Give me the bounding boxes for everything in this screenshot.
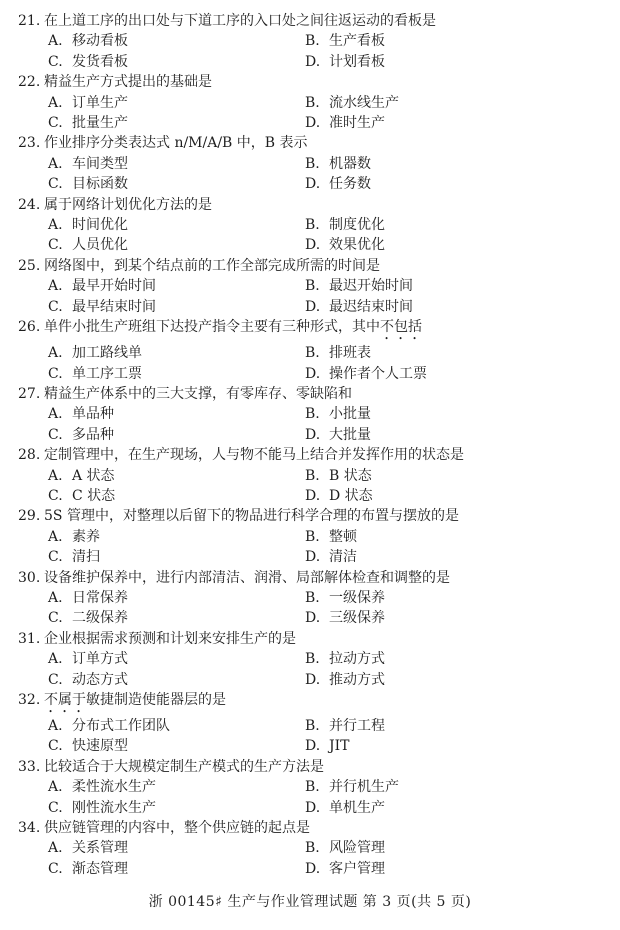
option-text: JIT [329,738,349,754]
option-text: B 状态 [329,468,372,484]
option-text: 批量生产 [72,115,128,131]
question-text: 企业根据需求预测和计划来安排生产的是 [44,631,296,647]
question-title-line: 27.精益生产体系中的三大支撑，有零库存、零缺陷和 [0,384,620,404]
option-row: A.分布式工作团队B.并行工程 [0,716,620,736]
question-text: 5S 管理中，对整理以后留下的物品进行科学合理的布置与摆放的是 [44,508,459,524]
option-b: B.流水线生产 [305,93,399,113]
option-text: 操作者个人工票 [329,366,427,382]
option-label: B. [305,588,329,608]
option-a: A.单品种 [48,404,305,424]
option-row: C.批量生产D.准时生产 [0,113,620,133]
option-label: A. [48,215,72,235]
option-d: D.大批量 [305,425,371,445]
option-text: 一级保养 [329,590,385,606]
option-label: C. [48,174,72,194]
option-text: 单品种 [72,406,114,422]
option-d: D.单机生产 [305,798,385,818]
option-row: A.车间类型B.机器数 [0,154,620,174]
option-label: D. [305,670,329,690]
option-text: 动态方式 [72,672,128,688]
option-row: A.订单生产B.流水线生产 [0,93,620,113]
option-text: 二级保养 [72,610,128,626]
option-label: C. [48,52,72,72]
option-label: B. [305,649,329,669]
option-text: 排班表 [329,345,371,361]
option-a: A.日常保养 [48,588,305,608]
option-row: A.移动看板B.生产看板 [0,31,620,51]
option-label: C. [48,297,72,317]
option-label: A. [48,154,72,174]
option-d: D.D 状态 [305,486,373,506]
option-d: D.最迟结束时间 [305,297,413,317]
question-title-line: 34.供应链管理的内容中，整个供应链的起点是 [0,818,620,838]
option-text: 时间优化 [72,217,128,233]
option-text: 车间类型 [72,156,128,172]
option-text: 效果优化 [329,237,385,253]
question-item: 34.供应链管理的内容中，整个供应链的起点是A.关系管理B.风险管理C.渐态管理… [0,818,620,879]
option-b: B.并行工程 [305,716,385,736]
question-number: 30. [18,568,44,588]
question-item: 28.定制管理中，在生产现场，人与物不能马上结合并发挥作用的状态是A.A 状态B… [0,445,620,506]
option-label: C. [48,608,72,628]
option-label: C. [48,736,72,756]
option-row: C.发货看板D.计划看板 [0,52,620,72]
option-d: D.效果优化 [305,235,385,255]
option-a: A.订单方式 [48,649,305,669]
question-text: 比较适合于大规模定制生产模式的生产方法是 [44,759,324,775]
option-text: 并行机生产 [329,779,399,795]
option-text: 生产看板 [329,33,385,49]
question-item: 25.网络图中，到某个结点前的工作全部完成所需的时间是A.最早开始时间B.最迟开… [0,256,620,317]
option-text: 清扫 [72,549,100,565]
option-text: 移动看板 [72,33,128,49]
option-row: A.A 状态B.B 状态 [0,466,620,486]
option-label: C. [48,113,72,133]
question-number: 27. [18,384,44,404]
question-item: 22.精益生产方式提出的基础是A.订单生产B.流水线生产C.批量生产D.准时生产 [0,72,620,133]
question-text: 供应链管理的内容中，整个供应链的起点是 [44,820,310,836]
option-b: B.制度优化 [305,215,385,235]
option-d: D.推动方式 [305,670,385,690]
emphasized-text: 不属于 [44,692,86,708]
option-label: B. [305,777,329,797]
option-row: C.多品种D.大批量 [0,425,620,445]
question-item: 29.5S 管理中，对整理以后留下的物品进行科学合理的布置与摆放的是A.素养B.… [0,506,620,567]
question-item: 27.精益生产体系中的三大支撑，有零库存、零缺陷和A.单品种B.小批量C.多品种… [0,384,620,445]
question-text: 单件小批生产班组下达投产指令主要有三种形式，其中不包括 [44,319,422,335]
question-number: 23. [18,133,44,153]
question-title-line: 31.企业根据需求预测和计划来安排生产的是 [0,629,620,649]
option-text: 流水线生产 [329,95,399,111]
question-title-line: 30.设备维护保养中，进行内部清洁、润滑、局部解体检查和调整的是 [0,568,620,588]
option-label: D. [305,486,329,506]
option-label: D. [305,174,329,194]
question-title-line: 21.在上道工序的出口处与下道工序的入口处之间往返运动的看板是 [0,11,620,31]
option-row: A.素养B.整顿 [0,527,620,547]
option-b: B.整顿 [305,527,357,547]
option-text: 任务数 [329,176,371,192]
option-c: C.C 状态 [48,486,305,506]
option-label: A. [48,716,72,736]
emphasized-text: 不包括 [380,319,422,335]
question-number: 29. [18,506,44,526]
option-b: B.机器数 [305,154,371,174]
option-row: C.动态方式D.推动方式 [0,670,620,690]
option-c: C.快速原型 [48,736,305,756]
option-row: C.二级保养D.三级保养 [0,608,620,628]
option-a: A.素养 [48,527,305,547]
question-number: 28. [18,445,44,465]
option-label: A. [48,649,72,669]
option-row: C.清扫D.清洁 [0,547,620,567]
option-b: B.最迟开始时间 [305,276,413,296]
option-label: D. [305,859,329,879]
option-label: A. [48,588,72,608]
option-label: B. [305,215,329,235]
option-label: A. [48,93,72,113]
option-c: C.发货看板 [48,52,305,72]
option-row: A.日常保养B.一级保养 [0,588,620,608]
option-a: A.关系管理 [48,838,305,858]
option-row: C.C 状态D.D 状态 [0,486,620,506]
question-number: 22. [18,72,44,92]
option-label: B. [305,466,329,486]
option-text: 客户管理 [329,861,385,877]
option-label: D. [305,52,329,72]
option-d: D.三级保养 [305,608,385,628]
question-number: 25. [18,256,44,276]
option-text: 订单方式 [72,651,128,667]
option-row: C.刚性流水生产D.单机生产 [0,798,620,818]
option-row: C.最早结束时间D.最迟结束时间 [0,297,620,317]
option-label: D. [305,113,329,133]
option-a: A.分布式工作团队 [48,716,305,736]
option-label: A. [48,404,72,424]
option-text: 加工路线单 [72,345,142,361]
option-label: A. [48,527,72,547]
question-title-line: 25.网络图中，到某个结点前的工作全部完成所需的时间是 [0,256,620,276]
option-label: D. [305,798,329,818]
option-text: 渐态管理 [72,861,128,877]
question-number: 33. [18,757,44,777]
question-title-line: 22.精益生产方式提出的基础是 [0,72,620,92]
option-text: 风险管理 [329,840,385,856]
option-row: C.人员优化D.效果优化 [0,235,620,255]
option-text: 目标函数 [72,176,128,192]
option-a: A.车间类型 [48,154,305,174]
option-b: B.排班表 [305,343,371,363]
option-d: D.清洁 [305,547,357,567]
option-c: C.单工序工票 [48,364,305,384]
option-text: 分布式工作团队 [72,718,170,734]
option-label: C. [48,547,72,567]
option-row: C.单工序工票D.操作者个人工票 [0,364,620,384]
question-text: 精益生产方式提出的基础是 [44,74,212,90]
option-label: B. [305,716,329,736]
question-title-line: 24.属于网络计划优化方法的是 [0,195,620,215]
question-item: 30.设备维护保养中，进行内部清洁、润滑、局部解体检查和调整的是A.日常保养B.… [0,568,620,629]
option-text: 订单生产 [72,95,128,111]
option-label: B. [305,343,329,363]
question-item: 33.比较适合于大规模定制生产模式的生产方法是A.柔性流水生产B.并行机生产C.… [0,757,620,818]
option-b: B.B 状态 [305,466,372,486]
question-title-line: 28.定制管理中，在生产现场，人与物不能马上结合并发挥作用的状态是 [0,445,620,465]
option-label: B. [305,838,329,858]
option-label: C. [48,859,72,879]
question-item: 26.单件小批生产班组下达投产指令主要有三种形式，其中不包括A.加工路线单B.排… [0,317,620,384]
question-title-line: 32.不属于敏捷制造使能器层的是 [0,690,620,716]
option-label: A. [48,276,72,296]
option-a: A.移动看板 [48,31,305,51]
question-text: 在上道工序的出口处与下道工序的入口处之间往返运动的看板是 [44,13,436,29]
option-label: B. [305,276,329,296]
option-text: 关系管理 [72,840,128,856]
question-number: 32. [18,690,44,710]
question-text: 设备维护保养中，进行内部清洁、润滑、局部解体检查和调整的是 [44,570,450,586]
option-text: 并行工程 [329,718,385,734]
option-d: D.JIT [305,736,349,756]
option-label: D. [305,235,329,255]
option-text: 发货看板 [72,54,128,70]
option-text: 人员优化 [72,237,128,253]
option-text: 柔性流水生产 [72,779,156,795]
option-c: C.人员优化 [48,235,305,255]
option-label: C. [48,486,72,506]
option-a: A.柔性流水生产 [48,777,305,797]
option-label: B. [305,404,329,424]
option-text: 单机生产 [329,800,385,816]
option-text: A 状态 [72,468,115,484]
option-b: B.并行机生产 [305,777,399,797]
question-item: 23.作业排序分类表达式 n/M/A/B 中，B 表示A.车间类型B.机器数C.… [0,133,620,194]
option-b: B.生产看板 [305,31,385,51]
option-b: B.风险管理 [305,838,385,858]
option-b: B.拉动方式 [305,649,385,669]
option-text: 大批量 [329,427,371,443]
question-text: 属于网络计划优化方法的是 [44,197,212,213]
option-label: D. [305,425,329,445]
option-c: C.多品种 [48,425,305,445]
option-label: D. [305,364,329,384]
option-c: C.二级保养 [48,608,305,628]
option-text: 准时生产 [329,115,385,131]
question-item: 32.不属于敏捷制造使能器层的是A.分布式工作团队B.并行工程C.快速原型D.J… [0,690,620,757]
option-text: C 状态 [72,488,115,504]
option-text: 快速原型 [72,738,128,754]
option-row: C.目标函数D.任务数 [0,174,620,194]
option-d: D.准时生产 [305,113,385,133]
option-label: C. [48,235,72,255]
option-text: 三级保养 [329,610,385,626]
option-row: A.柔性流水生产B.并行机生产 [0,777,620,797]
question-list: 21.在上道工序的出口处与下道工序的入口处之间往返运动的看板是A.移动看板B.生… [0,11,620,879]
option-row: A.订单方式B.拉动方式 [0,649,620,669]
option-text: 最早开始时间 [72,278,156,294]
option-text: 多品种 [72,427,114,443]
option-text: 整顿 [329,529,357,545]
question-number: 34. [18,818,44,838]
option-label: B. [305,93,329,113]
option-row: A.加工路线单B.排班表 [0,343,620,363]
option-d: D.任务数 [305,174,371,194]
option-row: C.快速原型D.JIT [0,736,620,756]
option-label: C. [48,670,72,690]
option-label: D. [305,547,329,567]
question-title-line: 29.5S 管理中，对整理以后留下的物品进行科学合理的布置与摆放的是 [0,506,620,526]
question-text: 作业排序分类表达式 n/M/A/B 中，B 表示 [44,135,308,151]
question-number: 31. [18,629,44,649]
option-text: D 状态 [329,488,373,504]
page-footer: 浙 00145♯ 生产与作业管理试题 第 3 页(共 5 页) [0,892,620,912]
option-row: A.最早开始时间B.最迟开始时间 [0,276,620,296]
option-text: 计划看板 [329,54,385,70]
option-label: C. [48,364,72,384]
option-text: 刚性流水生产 [72,800,156,816]
option-text: 清洁 [329,549,357,565]
option-b: B.一级保养 [305,588,385,608]
option-label: A. [48,466,72,486]
option-text: 单工序工票 [72,366,142,382]
option-c: C.刚性流水生产 [48,798,305,818]
option-c: C.清扫 [48,547,305,567]
question-text: 定制管理中，在生产现场，人与物不能马上结合并发挥作用的状态是 [44,447,464,463]
option-text: 最迟开始时间 [329,278,413,294]
option-label: B. [305,527,329,547]
option-text: 小批量 [329,406,371,422]
option-text: 素养 [72,529,100,545]
option-c: C.动态方式 [48,670,305,690]
option-label: A. [48,777,72,797]
option-a: A.订单生产 [48,93,305,113]
option-row: A.时间优化B.制度优化 [0,215,620,235]
option-text: 拉动方式 [329,651,385,667]
question-title-line: 26.单件小批生产班组下达投产指令主要有三种形式，其中不包括 [0,317,620,343]
option-text: 推动方式 [329,672,385,688]
option-a: A.加工路线单 [48,343,305,363]
option-label: C. [48,425,72,445]
option-text: 日常保养 [72,590,128,606]
option-text: 最早结束时间 [72,299,156,315]
option-text: 最迟结束时间 [329,299,413,315]
option-label: C. [48,798,72,818]
question-number: 24. [18,195,44,215]
option-c: C.渐态管理 [48,859,305,879]
option-text: 制度优化 [329,217,385,233]
option-label: A. [48,838,72,858]
option-label: A. [48,343,72,363]
option-c: C.批量生产 [48,113,305,133]
question-text: 精益生产体系中的三大支撑，有零库存、零缺陷和 [44,386,352,402]
question-number: 26. [18,317,44,337]
option-a: A.A 状态 [48,466,305,486]
option-d: D.操作者个人工票 [305,364,427,384]
option-a: A.时间优化 [48,215,305,235]
question-item: 31.企业根据需求预测和计划来安排生产的是A.订单方式B.拉动方式C.动态方式D… [0,629,620,690]
question-title-line: 33.比较适合于大规模定制生产模式的生产方法是 [0,757,620,777]
option-row: C.渐态管理D.客户管理 [0,859,620,879]
question-item: 21.在上道工序的出口处与下道工序的入口处之间往返运动的看板是A.移动看板B.生… [0,11,620,72]
option-a: A.最早开始时间 [48,276,305,296]
exam-page: 21.在上道工序的出口处与下道工序的入口处之间往返运动的看板是A.移动看板B.生… [0,0,620,930]
option-label: B. [305,31,329,51]
option-b: B.小批量 [305,404,371,424]
question-text: 不属于敏捷制造使能器层的是 [44,692,226,708]
option-c: C.目标函数 [48,174,305,194]
option-text: 机器数 [329,156,371,172]
option-row: A.关系管理B.风险管理 [0,838,620,858]
option-label: D. [305,297,329,317]
option-label: D. [305,608,329,628]
option-label: D. [305,736,329,756]
option-c: C.最早结束时间 [48,297,305,317]
question-text: 网络图中，到某个结点前的工作全部完成所需的时间是 [44,258,380,274]
question-title-line: 23.作业排序分类表达式 n/M/A/B 中，B 表示 [0,133,620,153]
option-d: D.计划看板 [305,52,385,72]
option-label: B. [305,154,329,174]
option-d: D.客户管理 [305,859,385,879]
option-row: A.单品种B.小批量 [0,404,620,424]
question-item: 24.属于网络计划优化方法的是A.时间优化B.制度优化C.人员优化D.效果优化 [0,195,620,256]
option-label: A. [48,31,72,51]
question-number: 21. [18,11,44,31]
